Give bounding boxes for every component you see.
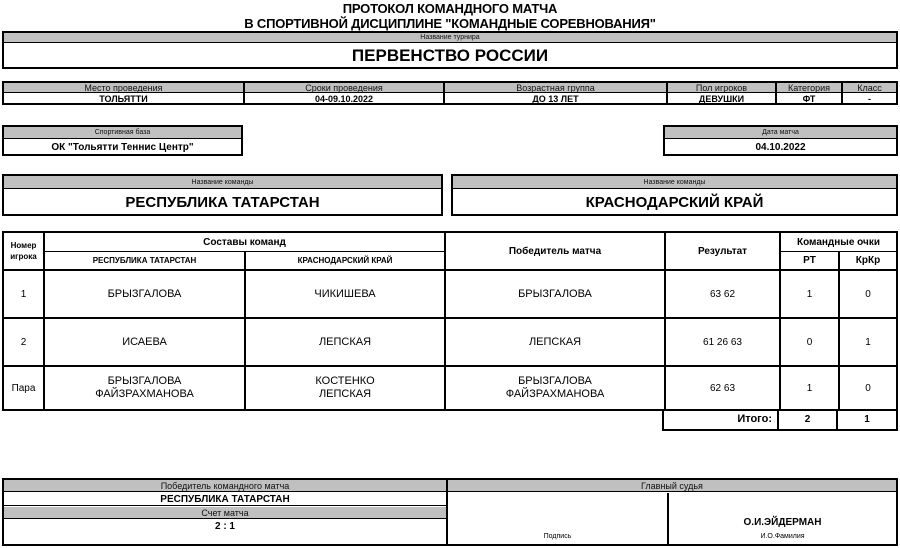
winner-team-label: Победитель командного матча — [4, 480, 446, 492]
row1-no: 1 — [4, 271, 43, 317]
venue-label: Место проведения — [4, 83, 243, 93]
header-team2: КРАСНОДАРСКИЙ КРАЙ — [246, 252, 444, 269]
row1-team1-player: БРЫЗГАЛОВА — [45, 271, 244, 317]
row3-winner-pair: БРЫЗГАЛОВА ФАЙЗРАХМАНОВА — [446, 367, 664, 409]
total-pts-team1: 2 — [779, 409, 836, 429]
row2-pts-team1: 0 — [781, 319, 838, 365]
protocol-title-line2: В СПОРТИВНОЙ ДИСЦИПЛИНЕ "КОМАНДНЫЕ СОРЕВ… — [0, 16, 900, 31]
header-pts-team2: КрКр — [840, 252, 896, 269]
tournament-box: Название турнира ПЕРВЕНСТВО РОССИИ — [2, 31, 898, 69]
header-player-no: Номер игрока — [4, 233, 43, 269]
age-group-value: ДО 13 ЛЕТ — [445, 94, 666, 103]
team1-name: РЕСПУБЛИКА ТАТАРСТАН — [4, 190, 441, 214]
row3-winner-a: БРЫЗГАЛОВА — [518, 375, 592, 388]
row1-result: 63 62 — [666, 271, 779, 317]
row3-team2-player-a: КОСТЕНКО — [315, 375, 374, 388]
category-label: Категория — [777, 83, 841, 93]
row2-team2-player: ЛЕПСКАЯ — [246, 319, 444, 365]
age-group-label: Возрастная группа — [445, 83, 666, 93]
signature-label: Подпись — [448, 530, 667, 542]
header-lineups: Составы команд — [45, 233, 444, 251]
header-team-points: Командные очки — [781, 233, 896, 251]
total-row: Итого: 2 1 — [662, 409, 898, 431]
match-score-label: Счет матча — [4, 507, 446, 519]
team2-label: Название команды — [453, 176, 896, 189]
team2-name: КРАСНОДАРСКИЙ КРАЙ — [453, 190, 896, 214]
row2-winner: ЛЕПСКАЯ — [446, 319, 664, 365]
row3-winner-b: ФАЙЗРАХМАНОВА — [506, 388, 605, 401]
match-date-label: Дата матча — [665, 127, 896, 139]
gender-label: Пол игроков — [668, 83, 775, 93]
row2-pts-team2: 1 — [840, 319, 896, 365]
dates-value: 04-09.10.2022 — [245, 94, 443, 103]
class-label: Класс — [843, 83, 896, 93]
row3-no: Пара — [4, 367, 43, 409]
row2-no: 2 — [4, 319, 43, 365]
judge-name-caption: И.О.Фамилия — [669, 530, 896, 542]
match-score-value: 2 : 1 — [4, 520, 446, 544]
tournament-name: ПЕРВЕНСТВО РОССИИ — [4, 44, 896, 67]
row3-team2-pair: КОСТЕНКО ЛЕПСКАЯ — [246, 367, 444, 409]
row1-pts-team1: 1 — [781, 271, 838, 317]
header-team1: РЕСПУБЛИКА ТАТАРСТАН — [45, 252, 244, 269]
row2-team1-player: ИСАЕВА — [45, 319, 244, 365]
row3-team1-player-a: БРЫЗГАЛОВА — [108, 375, 182, 388]
protocol-title-line1: ПРОТОКОЛ КОМАНДНОГО МАТЧА — [0, 1, 900, 16]
venue-value: ТОЛЬЯТТИ — [4, 94, 243, 103]
sports-base-value: ОК "Тольятти Теннис Центр" — [4, 140, 241, 154]
row3-team2-player-b: ЛЕПСКАЯ — [319, 388, 371, 401]
row3-team1-player-b: ФАЙЗРАХМАНОВА — [95, 388, 194, 401]
gender-value: ДЕВУШКИ — [668, 94, 775, 103]
row1-team2-player: ЧИКИШЕВА — [246, 271, 444, 317]
row3-result: 62 63 — [666, 367, 779, 409]
total-pts-team2: 1 — [838, 409, 896, 429]
team1-label: Название команды — [4, 176, 441, 189]
class-value: - — [843, 94, 896, 103]
team1-box: Название команды РЕСПУБЛИКА ТАТАРСТАН — [2, 174, 443, 216]
chief-judge-label: Главный судья — [448, 480, 896, 492]
row2-result: 61 26 63 — [666, 319, 779, 365]
sports-base-box: Спортивная база ОК "Тольятти Теннис Цент… — [2, 125, 243, 156]
chief-judge-name: О.И.ЭЙДЕРМАН — [669, 515, 896, 529]
header-result: Результат — [666, 233, 779, 269]
row1-winner: БРЫЗГАЛОВА — [446, 271, 664, 317]
header-pts-team1: РТ — [781, 252, 838, 269]
footer-table: Победитель командного матча РЕСПУБЛИКА Т… — [2, 478, 898, 546]
row1-pts-team2: 0 — [840, 271, 896, 317]
row3-pts-team1: 1 — [781, 367, 838, 409]
sports-base-label: Спортивная база — [4, 127, 241, 139]
tournament-label: Название турнира — [4, 33, 896, 43]
info-table: Место проведения ТОЛЬЯТТИ Сроки проведен… — [2, 81, 898, 105]
match-date-value: 04.10.2022 — [665, 140, 896, 154]
match-date-box: Дата матча 04.10.2022 — [663, 125, 898, 156]
row3-pts-team2: 0 — [840, 367, 896, 409]
matches-table: Номер игрока Составы команд РЕСПУБЛИКА Т… — [2, 231, 898, 411]
row3-team1-pair: БРЫЗГАЛОВА ФАЙЗРАХМАНОВА — [45, 367, 244, 409]
total-label: Итого: — [664, 409, 775, 429]
dates-label: Сроки проведения — [245, 83, 443, 93]
team2-box: Название команды КРАСНОДАРСКИЙ КРАЙ — [451, 174, 898, 216]
category-value: ФТ — [777, 94, 841, 103]
winner-team-value: РЕСПУБЛИКА ТАТАРСТАН — [4, 493, 446, 506]
header-winner: Победитель матча — [446, 233, 664, 269]
